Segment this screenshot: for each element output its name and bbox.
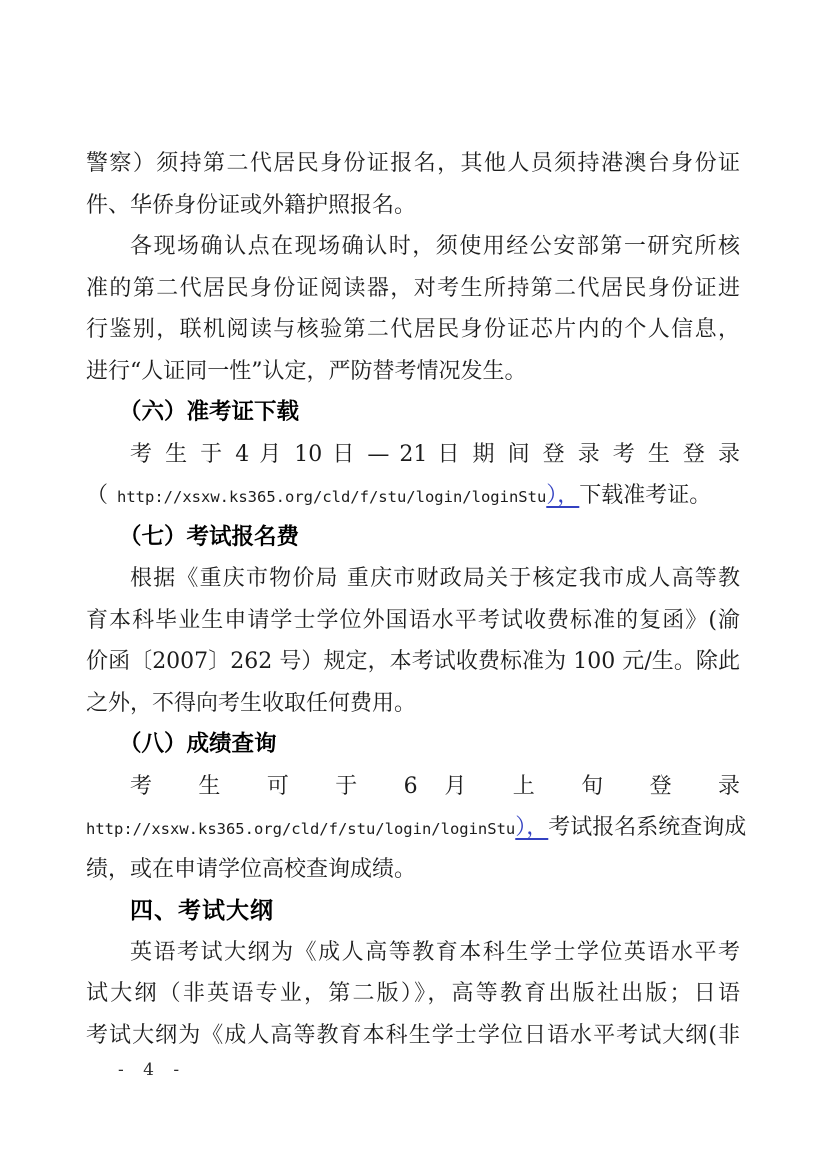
document-page: 警察）须持第二代居民身份证报名，其他人员须持港澳台身份证 件、华侨身份证或外籍护… bbox=[0, 0, 827, 1169]
admission-ticket-url-link[interactable]: ）， bbox=[546, 475, 579, 517]
para-confirm-line-4: 进行“人证同一性”认定，严防替考情况发生。 bbox=[86, 351, 740, 393]
section6-line-1: 考 生 于 4 月 10 日 — 21 日 期 间 登 录 考 生 登 录 bbox=[86, 434, 740, 476]
section-heading-score-query: （八）成绩查询 bbox=[86, 724, 740, 766]
section7-line-2: 育本科毕业生申请学士学位外国语水平考试收费标准的复函》(渝 bbox=[86, 600, 740, 642]
section4-line-1: 英语考试大纲为《成人高等教育本科生学士学位英语水平考 bbox=[86, 932, 740, 974]
section6-url-tail: 下载准考证。 bbox=[579, 475, 711, 517]
section8-url-line: http://xsxw.ks365.org/cld/f/stu/login/lo… bbox=[86, 807, 740, 849]
section-heading-exam-fee: （七）考试报名费 bbox=[86, 517, 740, 559]
score-query-url: http://xsxw.ks365.org/cld/f/stu/login/lo… bbox=[86, 809, 515, 851]
section8-line-1: 考 生 可 于 6 月 上 旬 登 录 bbox=[86, 766, 740, 808]
open-paren: （ bbox=[86, 475, 108, 517]
section7-line-4: 之外，不得向考生收取任何费用。 bbox=[86, 683, 740, 725]
para-id-rules-line-2: 件、华侨身份证或外籍护照报名。 bbox=[86, 185, 740, 227]
section4-line-2: 试大纲（非英语专业，第二版）》，高等教育出版社出版；日语 bbox=[86, 973, 740, 1015]
section-heading-exam-outline: 四、考试大纲 bbox=[86, 890, 740, 932]
para-confirm-line-3: 行鉴别，联机阅读与核验第二代居民身份证芯片内的个人信息， bbox=[86, 309, 740, 351]
page-number: - 4 - bbox=[118, 1060, 186, 1080]
score-query-url-link[interactable]: ）， bbox=[515, 807, 548, 849]
section4-line-3: 考试大纲为《成人高等教育本科生学士学位日语水平考试大纲(非 bbox=[86, 1015, 740, 1057]
section-heading-admission-ticket: （六）准考证下载 bbox=[86, 392, 740, 434]
section7-line-3: 价函〔2007〕262 号）规定，本考试收费标准为 100 元/生。除此 bbox=[86, 641, 740, 683]
document-body: 警察）须持第二代居民身份证报名，其他人员须持港澳台身份证 件、华侨身份证或外籍护… bbox=[86, 143, 740, 1056]
para-confirm-line-1: 各现场确认点在现场确认时，须使用经公安部第一研究所核 bbox=[86, 226, 740, 268]
admission-ticket-url: http://xsxw.ks365.org/cld/f/stu/login/lo… bbox=[117, 477, 546, 519]
section7-line-1: 根据《重庆市物价局 重庆市财政局关于核定我市成人高等教 bbox=[86, 558, 740, 600]
section8-line-3: 绩，或在申请学位高校查询成绩。 bbox=[86, 849, 740, 891]
para-confirm-line-2: 准的第二代居民身份证阅读器，对考生所持第二代居民身份证进 bbox=[86, 268, 740, 310]
para-id-rules-line-1: 警察）须持第二代居民身份证报名，其他人员须持港澳台身份证 bbox=[86, 143, 740, 185]
section6-url-line: （ http://xsxw.ks365.org/cld/f/stu/login/… bbox=[86, 475, 740, 517]
section8-url-tail: 考试报名系统查询成 bbox=[548, 807, 746, 849]
